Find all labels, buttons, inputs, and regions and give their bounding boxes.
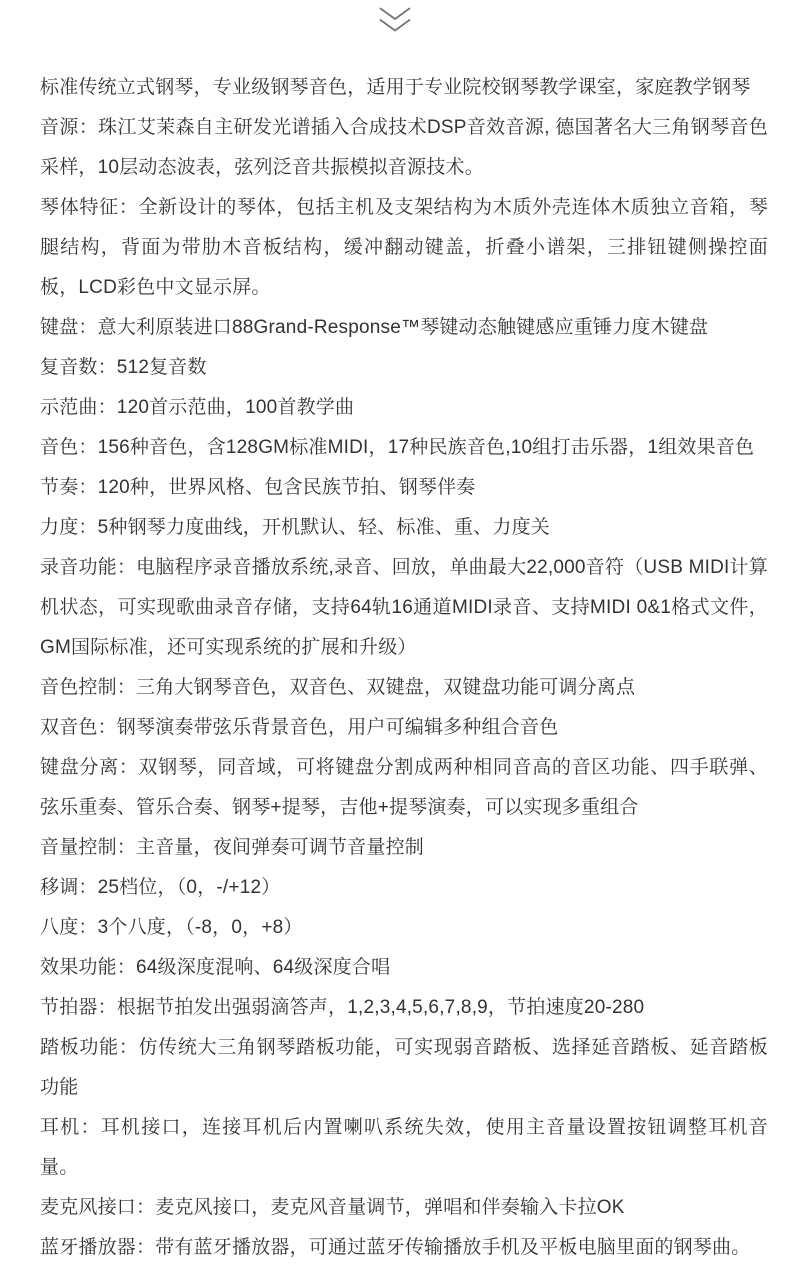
expand-bar [0,0,790,35]
spec-item-sound-source: 音源：珠江艾茉森自主研发光谱插入合成技术DSP音效音源, 德国著名大三角钢琴音色… [40,108,768,188]
spec-item-recording: 录音功能：电脑程序录音播放系统,录音、回放，单曲最大22,000音符（USB M… [40,548,768,668]
spec-item-rhythms: 节奏：120种，世界风格、包含民族节拍、钢琴伴奏 [40,468,768,508]
spec-item-dual-voice: 双音色：钢琴演奏带弦乐背景音色，用户可编辑多种组合音色 [40,708,768,748]
spec-item-octave: 八度：3个八度，（-8，0，+8） [40,908,768,948]
product-spec-list: 标准传统立式钢琴，专业级钢琴音色，适用于专业院校钢琴教学课室，家庭教学钢琴 音源… [0,68,790,1284]
spec-item-demo-songs: 示范曲：120首示范曲，100首教学曲 [40,388,768,428]
spec-item-touch-curves: 力度：5种钢琴力度曲线，开机默认、轻、标准、重、力度关 [40,508,768,548]
spec-item-pedal-functions: 踏板功能：仿传统大三角钢琴踏板功能，可实现弱音踏板、选择延音踏板、延音踏板功能 [40,1028,768,1108]
double-chevron-down-icon[interactable] [379,7,411,33]
spec-item-effects: 效果功能：64级深度混响、64级深度合唱 [40,948,768,988]
spec-item-metronome: 节拍器：根据节拍发出强弱滴答声，1,2,3,4,5,6,7,8,9，节拍速度20… [40,988,768,1028]
spec-item-body-features: 琴体特征：全新设计的琴体，包括主机及支架结构为木质外壳连体木质独立音箱，琴腿结构… [40,188,768,308]
spec-item-volume-control: 音量控制：主音量，夜间弹奏可调节音量控制 [40,828,768,868]
spec-item-transpose: 移调：25档位，（0，-/+12） [40,868,768,908]
spec-item-keyboard: 键盘：意大利原装进口88Grand-Response™琴键动态触键感应重锤力度木… [40,308,768,348]
spec-item-polyphony: 复音数：512复音数 [40,348,768,388]
spec-item-headphones: 耳机：耳机接口，连接耳机后内置喇叭系统失效，使用主音量设置按钮调整耳机音量。 [40,1108,768,1188]
spec-item-keyboard-split: 键盘分离：双钢琴，同音域，可将键盘分割成两种相同音高的音区功能、四手联弹、弦乐重… [40,748,768,828]
spec-intro: 标准传统立式钢琴，专业级钢琴音色，适用于专业院校钢琴教学课室，家庭教学钢琴 [40,68,768,108]
spec-item-microphone: 麦克风接口：麦克风接口，麦克风音量调节，弹唱和伴奏输入卡拉OK [40,1188,768,1228]
spec-item-bluetooth-player: 蓝牙播放器：带有蓝牙播放器，可通过蓝牙传输播放手机及平板电脑里面的钢琴曲。 [40,1228,768,1268]
spec-item-voice-control: 音色控制：三角大钢琴音色，双音色、双键盘，双键盘功能可调分离点 [40,668,768,708]
spec-item-voices: 音色：156种音色，含128GM标准MIDI，17种民族音色,10组打击乐器，1… [40,428,768,468]
